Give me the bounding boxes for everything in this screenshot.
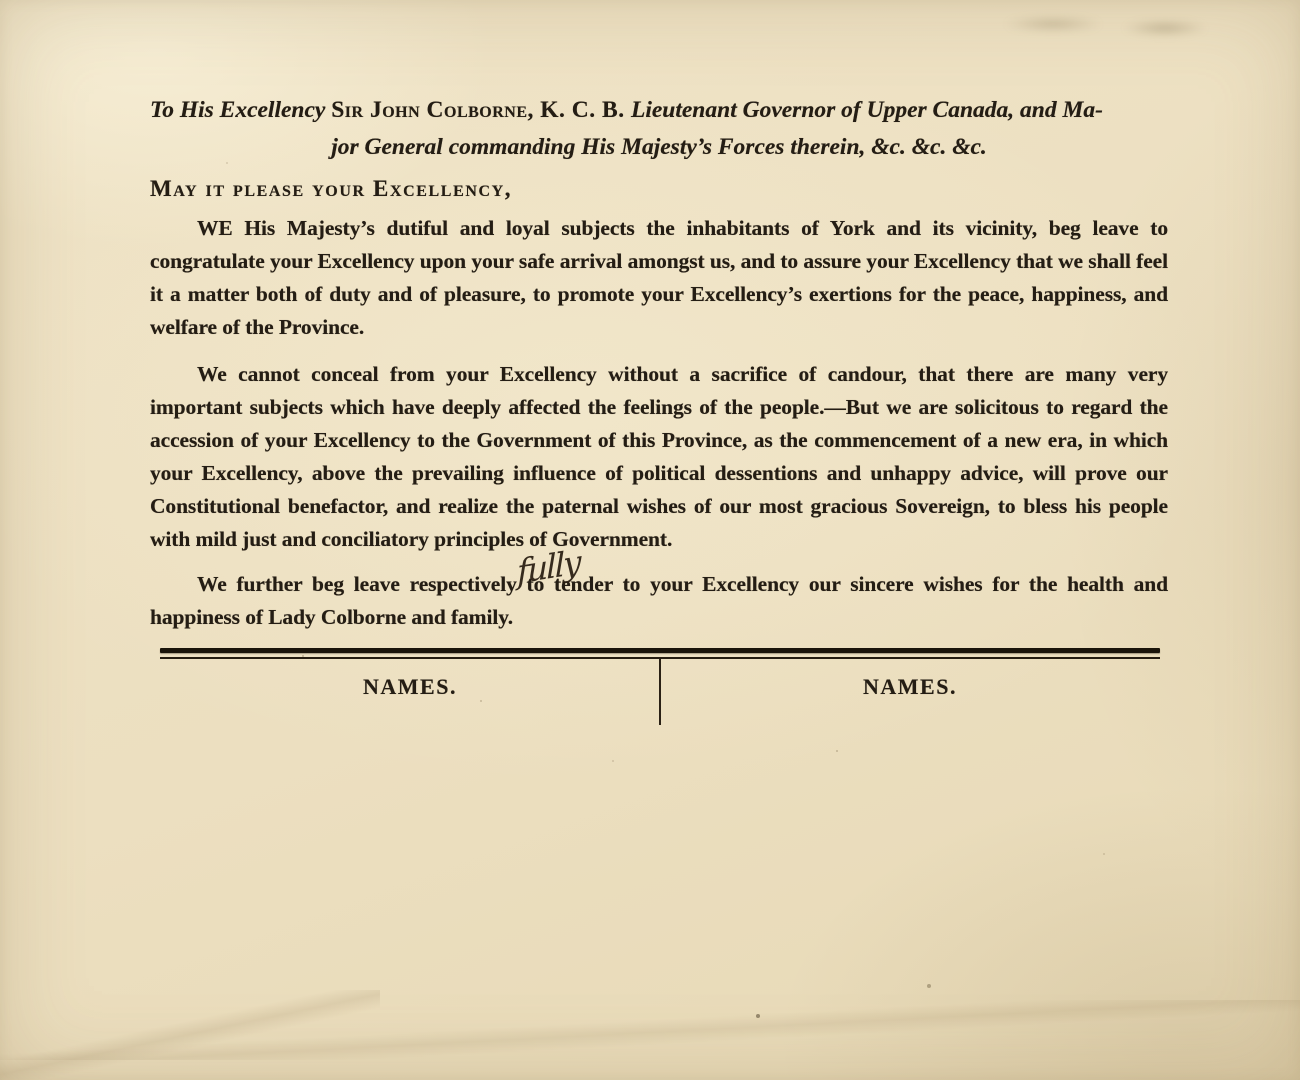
names-header-left: NAMES. [363, 674, 457, 700]
document-page: To His Excellency Sir John Colborne, K. … [0, 0, 1300, 1080]
paragraph-closing: We further beg leave respectivelyfully t… [150, 568, 1168, 634]
names-column-right: NAMES. [660, 659, 1160, 731]
column-divider-rule [659, 659, 661, 725]
names-column-left: NAMES. [160, 659, 660, 731]
document-heading: To His Excellency Sir John Colborne, K. … [150, 92, 1168, 166]
paper-crease-corner [0, 990, 380, 1080]
addressee-titles: Lieutenant Governor of Upper Canada, and… [631, 97, 1103, 123]
heading-dedication: To His Excellency [150, 97, 331, 123]
names-header-right: NAMES. [863, 674, 957, 700]
table-rule-thick [160, 648, 1160, 653]
heading-line-1: To His Excellency Sir John Colborne, K. … [150, 92, 1168, 129]
closing-text-before: We further beg leave respecti [197, 572, 480, 596]
heading-line-2: jor General commanding His Majesty’s For… [150, 129, 1168, 166]
paper-foxing-specks [0, 0, 2, 2]
salutation: May it please your Excellency, [150, 172, 1168, 206]
corrected-word: velyfully [480, 572, 517, 596]
signature-columns: NAMES. NAMES. [160, 659, 1160, 731]
signature-table: NAMES. NAMES. [160, 648, 1160, 731]
paragraph-congratulation: WE His Majesty’s dutiful and loyal subje… [150, 212, 1168, 344]
paragraph-concerns: We cannot conceal from your Excellency w… [150, 358, 1168, 556]
addressee-honours: K. C. B. [534, 97, 631, 123]
addressee-name: Sir John Colborne, [331, 97, 534, 123]
printed-address: To His Excellency Sir John Colborne, K. … [150, 0, 1168, 731]
